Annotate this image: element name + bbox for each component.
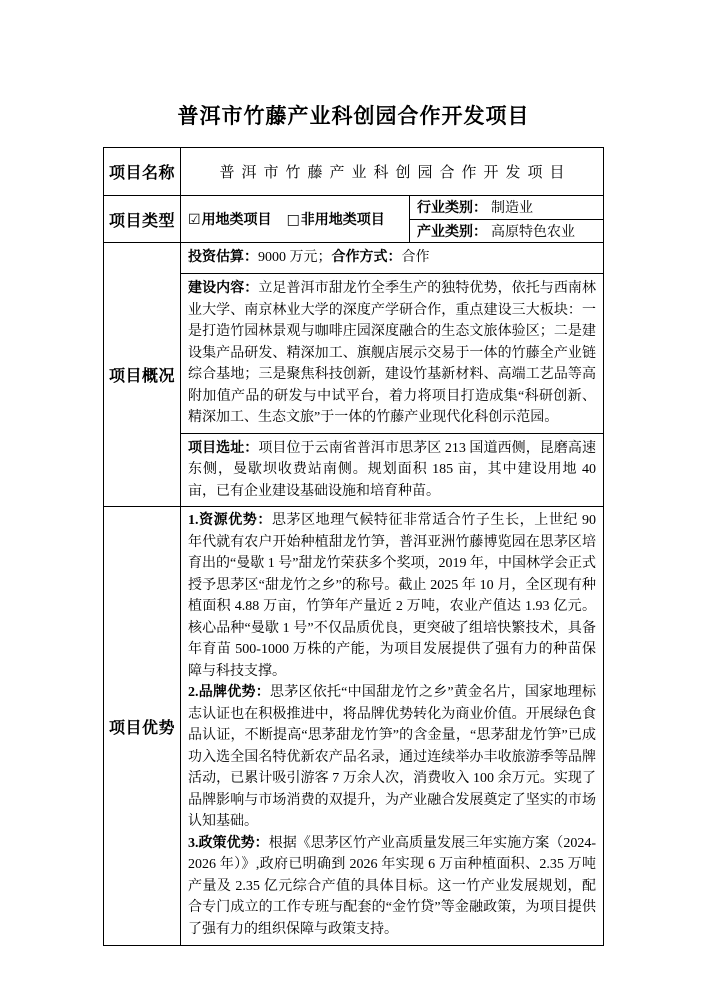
construction-content-label: 建设内容： [188,281,258,296]
project-advantages-label: 项目优势 [104,507,181,945]
cooperation-mode-value: 合作 [402,247,430,269]
project-type-checkboxes: ☑用地类项目 □非用地类项目 [181,196,410,242]
sector-category-label: 产业类别： [417,221,487,241]
investment-estimate-value: 9000 万元； [258,247,332,269]
site-selection-row: 项目选址：项目位于云南省普洱市思茅区 213 国道西侧，昆磨高速东侧，曼歇坝收费… [181,433,603,507]
industry-category-label: 行业类别： [417,197,487,217]
cooperation-mode-label: 合作方式： [332,247,402,269]
project-overview-content: 投资估算：9000 万元；合作方式：合作 建设内容：立足普洱市甜龙竹全季生产的独… [181,243,603,506]
checkbox-non-land-label: 非用地类项目 [301,213,385,228]
industry-category-value: 制造业 [491,197,533,217]
project-name-value: 普洱市竹藤产业科创园合作开发项目 [181,148,603,195]
advantage-brand-text: 思茅区依托“中国甜龙竹之乡”黄金名片，国家地理标志认证也在积极推进中，将品牌优势… [188,685,596,829]
construction-content-text: 立足普洱市甜龙竹全季生产的独特优势，依托与西南林业大学、南京林业大学的深度产学研… [188,281,596,425]
advantage-policy-paragraph: 3.政策优势：根据《思茅区竹产业高质量发展三年实施方案（2024-2026 年）… [188,833,596,941]
advantage-brand-label: 2.品牌优势： [188,685,270,700]
row-project-advantages: 项目优势 1.资源优势：思茅区地理气候特征非常适合竹子生长，上世纪 90 年代就… [104,506,603,945]
site-selection-label: 项目选址： [188,441,258,456]
project-info-table: 项目名称 普洱市竹藤产业科创园合作开发项目 项目类型 ☑用地类项目 □非用地类项… [103,147,604,946]
document-page: 普洱市竹藤产业科创园合作开发项目 项目名称 普洱市竹藤产业科创园合作开发项目 项… [0,0,707,999]
advantage-resource-text: 思茅区地理气候特征非常适合竹子生长，上世纪 90 年代就有农户开始种植甜龙竹笋，… [188,513,596,679]
checkbox-checked-icon: ☑ [188,212,201,228]
project-type-content: ☑用地类项目 □非用地类项目 行业类别：制造业 产业类别：高原特色农业 [181,196,603,242]
project-type-label: 项目类型 [104,196,181,242]
project-name-label: 项目名称 [104,148,181,195]
advantage-policy-label: 3.政策优势： [188,836,269,851]
row-project-name: 项目名称 普洱市竹藤产业科创园合作开发项目 [104,148,603,195]
project-type-categories: 行业类别：制造业 产业类别：高原特色农业 [410,196,603,242]
checkbox-non-land-project[interactable]: □非用地类项目 [287,209,385,229]
advantage-brand-paragraph: 2.品牌优势：思茅区依托“中国甜龙竹之乡”黄金名片，国家地理标志认证也在积极推进… [188,682,596,833]
project-overview-label: 项目概况 [104,243,181,506]
investment-estimate-label: 投资估算： [188,247,258,269]
checkbox-unchecked-icon: □ [287,212,300,228]
project-advantages-content: 1.资源优势：思茅区地理气候特征非常适合竹子生长，上世纪 90 年代就有农户开始… [181,507,603,945]
construction-content-row: 建设内容：立足普洱市甜龙竹全季生产的独特优势，依托与西南林业大学、南京林业大学的… [181,273,603,433]
advantage-resource-paragraph: 1.资源优势：思茅区地理气候特征非常适合竹子生长，上世纪 90 年代就有农户开始… [188,510,596,682]
sector-category-value: 高原特色农业 [491,221,575,241]
investment-estimate-row: 投资估算：9000 万元；合作方式：合作 [181,243,603,273]
row-project-type: 项目类型 ☑用地类项目 □非用地类项目 行业类别：制造业 产业类别：高原特色农业 [104,195,603,242]
sector-category-row: 产业类别：高原特色农业 [410,219,603,243]
checkbox-land-label: 用地类项目 [202,213,272,228]
industry-category-row: 行业类别：制造业 [410,196,603,219]
checkbox-land-project[interactable]: ☑用地类项目 [188,209,272,229]
advantage-resource-label: 1.资源优势： [188,513,272,528]
document-title: 普洱市竹藤产业科创园合作开发项目 [0,0,707,132]
row-project-overview: 项目概况 投资估算：9000 万元；合作方式：合作 建设内容：立足普洱市甜龙竹全… [104,242,603,506]
